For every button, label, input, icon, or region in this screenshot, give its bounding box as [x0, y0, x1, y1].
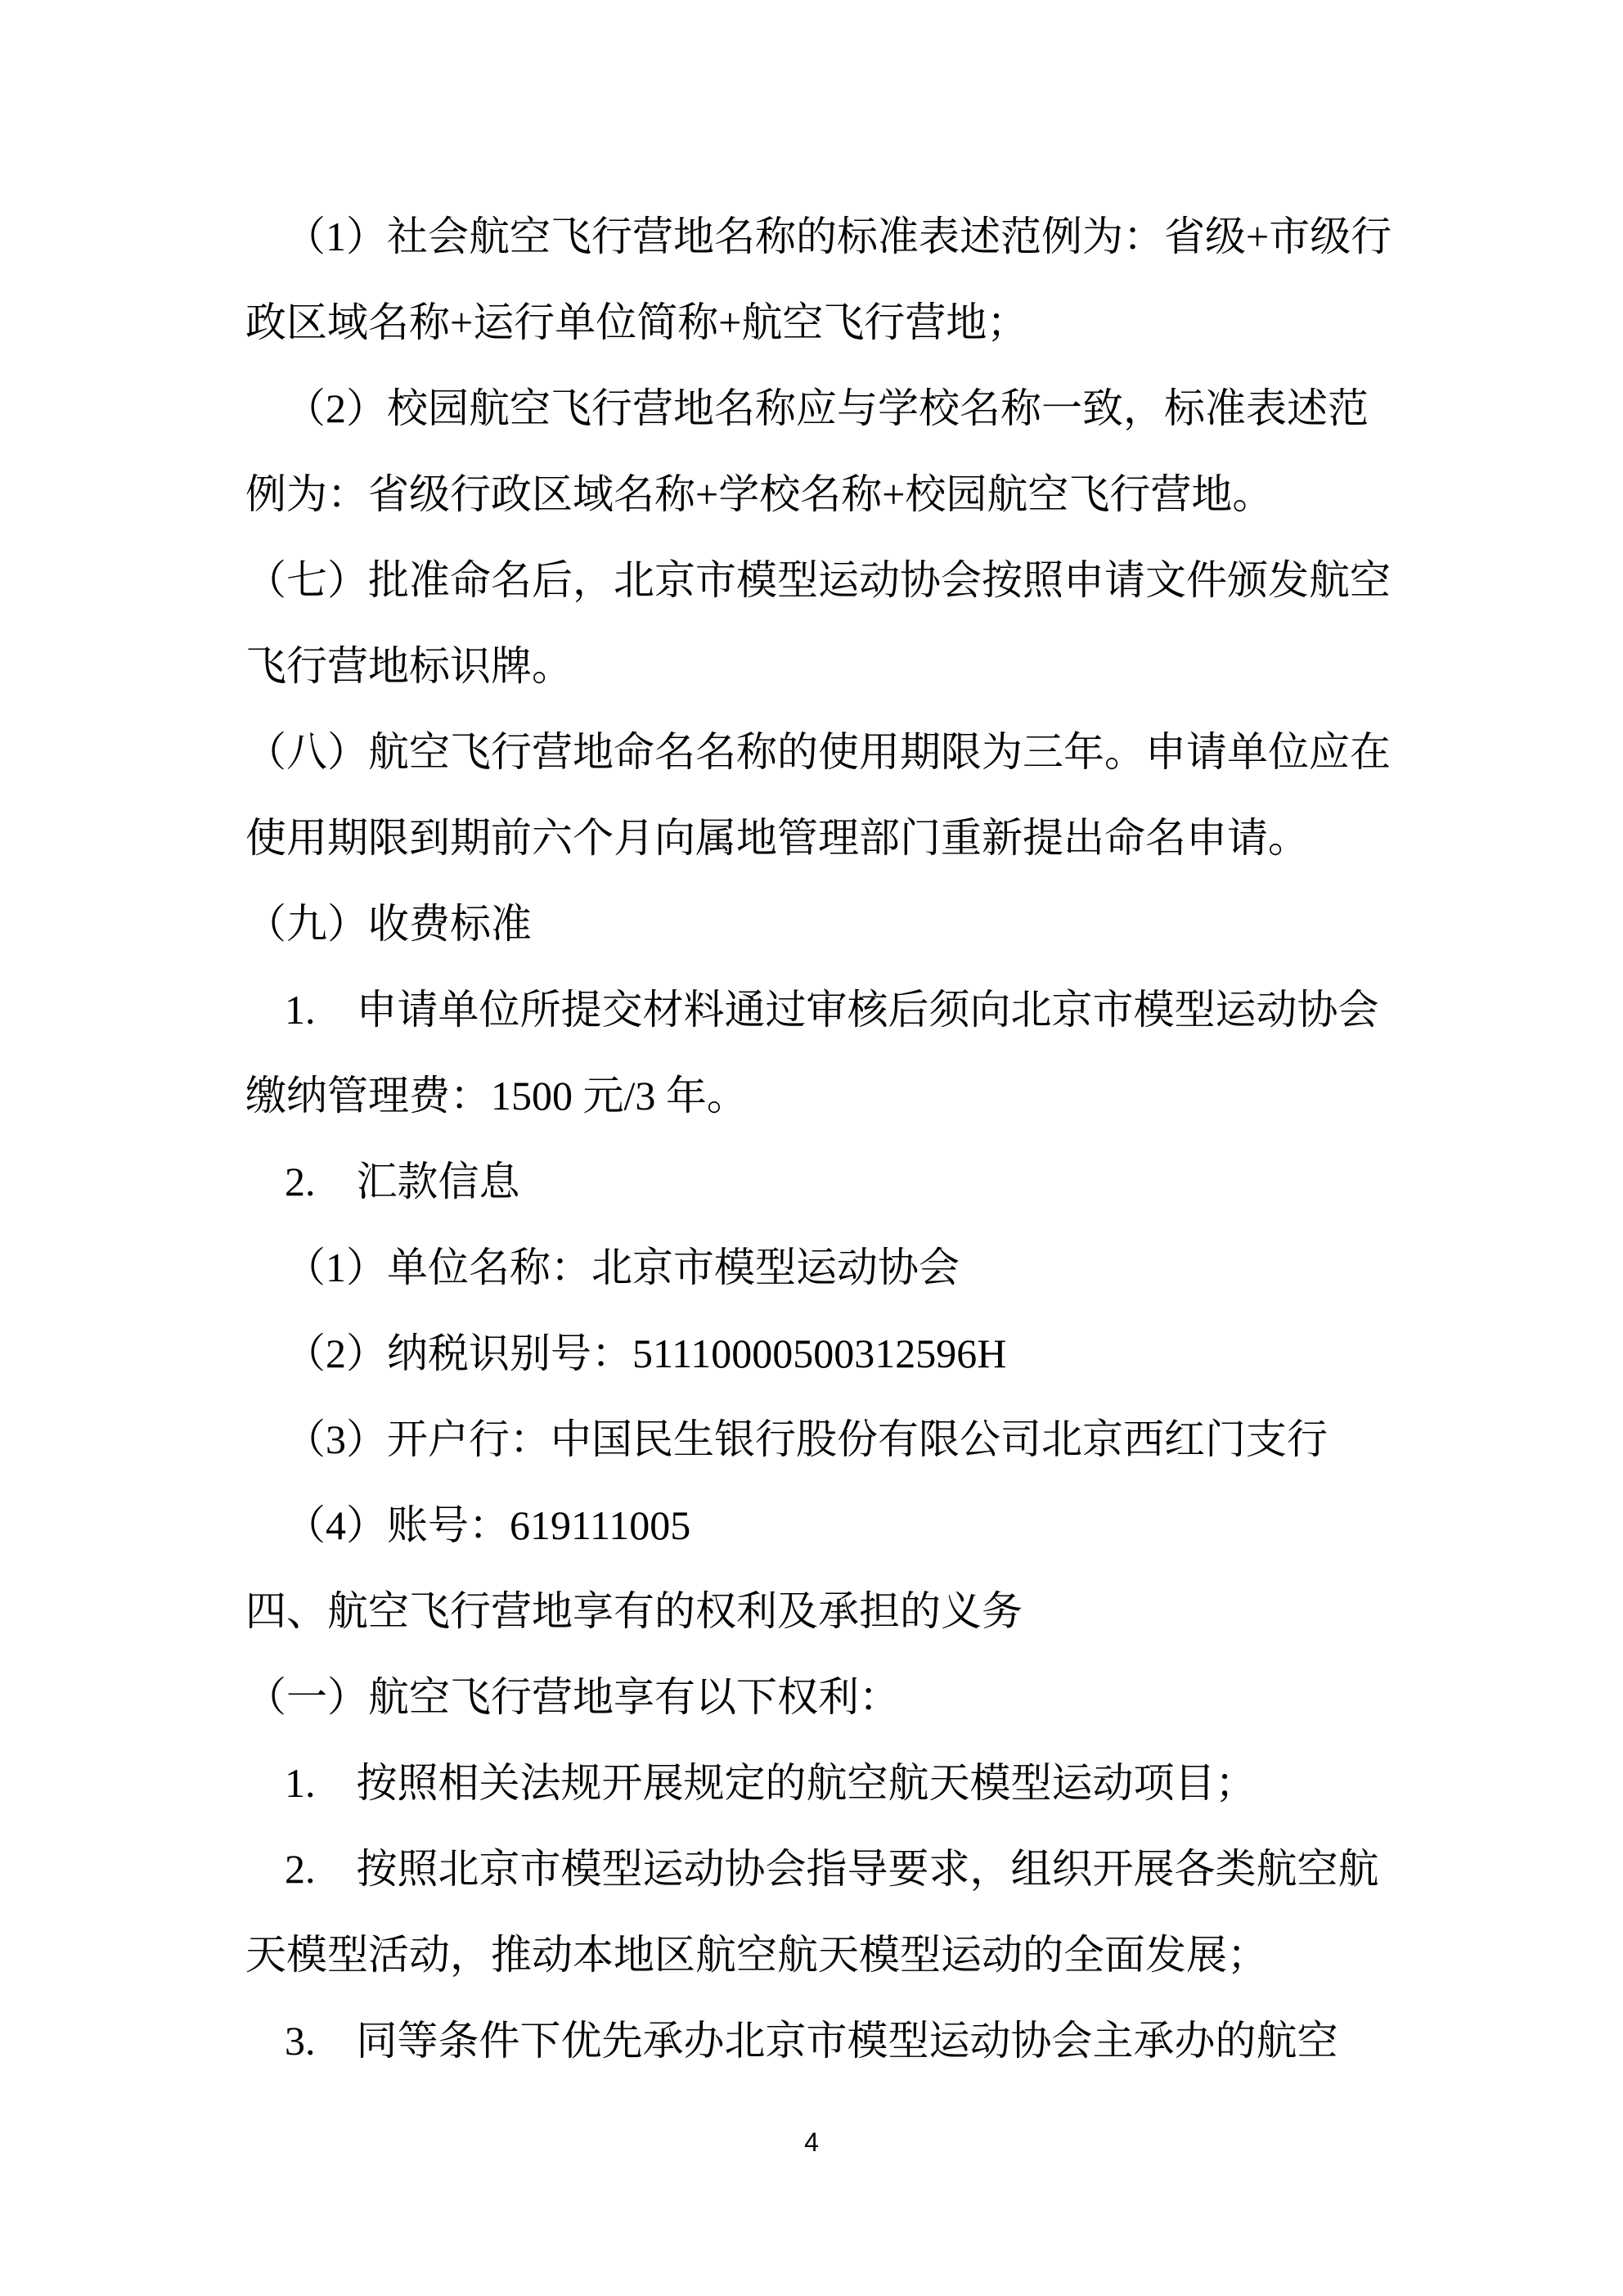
doc-line: 四、航空飞行营地享有的权利及承担的义务 [245, 1569, 1435, 1654]
doc-line: 政区域名称+运行单位简称+航空飞行营地； [245, 280, 1435, 366]
doc-line: （一）航空飞行营地享有以下权利： [245, 1654, 1435, 1740]
doc-line: 1. 按照相关法规开展规定的航空航天模型运动项目； [245, 1740, 1435, 1826]
doc-line: （2）纳税识别号：51110000500312596H [245, 1311, 1435, 1397]
doc-line: 3. 同等条件下优先承办北京市模型运动协会主承办的航空 [245, 1998, 1435, 2084]
doc-line: （1）社会航空飞行营地名称的标准表述范例为：省级+市级行 [245, 194, 1435, 280]
doc-line: 缴纳管理费：1500 元/3 年。 [245, 1053, 1435, 1139]
doc-line: （七）批准命名后，北京市模型运动协会按照申请文件颁发航空 [245, 538, 1435, 624]
doc-line: 2. 汇款信息 [245, 1139, 1435, 1225]
doc-line: （2）校园航空飞行营地名称应与学校名称一致，标准表述范 [245, 366, 1435, 452]
doc-line: （3）开户行：中国民生银行股份有限公司北京西红门支行 [245, 1397, 1435, 1483]
doc-line: （4）账号：619111005 [245, 1483, 1435, 1569]
doc-line: （九）收费标准 [245, 881, 1435, 967]
document-body: （1）社会航空飞行营地名称的标准表述范例为：省级+市级行 政区域名称+运行单位简… [245, 194, 1435, 2084]
doc-line: 1. 申请单位所提交材料通过审核后须向北京市模型运动协会 [245, 967, 1435, 1053]
doc-line: 天模型活动，推动本地区航空航天模型运动的全面发展； [245, 1912, 1435, 1998]
doc-line: （八）航空飞行营地命名名称的使用期限为三年。申请单位应在 [245, 709, 1435, 795]
doc-line: 2. 按照北京市模型运动协会指导要求，组织开展各类航空航 [245, 1826, 1435, 1912]
doc-line: 例为：省级行政区域名称+学校名称+校园航空飞行营地。 [245, 452, 1435, 538]
doc-line: 飞行营地标识牌。 [245, 624, 1435, 709]
doc-line: （1）单位名称：北京市模型运动协会 [245, 1225, 1435, 1311]
page-number: 4 [0, 2124, 1623, 2160]
document-page: （1）社会航空飞行营地名称的标准表述范例为：省级+市级行 政区域名称+运行单位简… [0, 0, 1623, 2296]
doc-line: 使用期限到期前六个月向属地管理部门重新提出命名申请。 [245, 795, 1435, 881]
